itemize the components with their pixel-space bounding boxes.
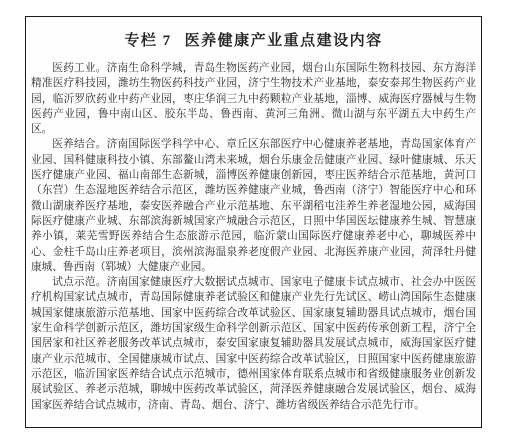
paragraph-medical-care-integration: 医养结合。济南国际医学科学中心、章丘区东部医疗中心健康养老基地，青岛国家体育产业… <box>31 137 476 275</box>
panel-title: 专栏 7医养健康产业重点建设内容 <box>31 29 476 50</box>
panel-body: 医药工业。济南生命科学城，青岛生物医药产业园，烟台山东国际生物科技园、东方海洋精… <box>31 61 476 413</box>
paragraph-pharma-industry: 医药工业。济南生命科学城，青岛生物医药产业园，烟台山东国际生物科技园、东方海洋精… <box>31 61 476 137</box>
column-7-box: 专栏 7医养健康产业重点建设内容 医药工业。济南生命科学城，青岛生物医药产业园，… <box>25 16 482 428</box>
panel-title-label: 专栏 7 <box>124 33 171 49</box>
panel-title-text: 医养健康产业重点建设内容 <box>185 33 383 49</box>
paragraph-pilot-demonstration: 试点示范。济南国家健康医疗大数据试点城市、国家电子健康卡试点城市、社会办中医医疗… <box>31 275 476 413</box>
